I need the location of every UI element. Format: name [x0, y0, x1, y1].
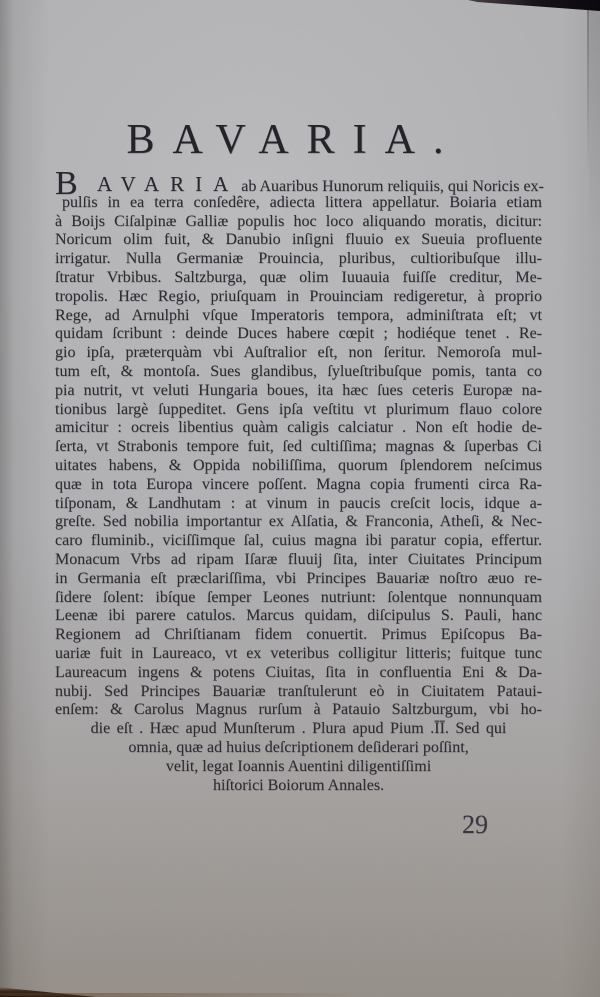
text-line: tiſponam, & Landhutam : at vinum in pauc… [55, 495, 542, 514]
text-line: nubij. Sed Principes Bauariæ tranſtuleru… [55, 683, 542, 702]
text-line: ſidere ſolent: ibíque ſemper Leones nutr… [55, 589, 542, 608]
text-line: die eſt . Hæc apud Munſterum . Plura apu… [55, 720, 542, 739]
text-line: Laureacum ingens & potens Ciuitas, ſita … [55, 664, 542, 683]
first-line-text: ab Auaribus Hunorum reliquiis, qui Noric… [241, 178, 544, 197]
text-block: B AVARIA ab Auaribus Hunorum reliquiis, … [55, 175, 542, 795]
text-line: Leenæ ibi parere catulos. Marcus quidam,… [55, 607, 542, 626]
text-line: irrigatur. Nulla Germaniæ Prouincia, plu… [55, 250, 542, 269]
end-lines: die eſt . Hæc apud Munſterum . Plura apu… [55, 720, 542, 795]
text-line: greſte. Sed nobilia importantur ex Alſat… [55, 513, 542, 532]
text-line: quidam ſcribunt : deinde Duces habere cœ… [55, 325, 542, 344]
text-line: à Boijs Ciſalpinæ Galliæ populis hoc loc… [55, 213, 542, 232]
book-photo: BAVARIA. B AVARIA ab Auaribus Hunorum re… [0, 0, 600, 997]
first-text-line: B AVARIA ab Auaribus Hunorum reliquiis, … [55, 175, 542, 194]
page-right-edge-shading [589, 6, 600, 236]
text-line: velit, legat Ioannis Auentini diligentiſ… [55, 758, 542, 777]
text-line: omnia, quæ ad huius deſcriptionem deſide… [55, 739, 542, 758]
page-number: 29 [462, 810, 488, 840]
text-line: Monacum Vrbs ad ripam Iſaræ fluuij ſita,… [55, 551, 542, 570]
text-line: tionibus largè ſuppeditet. Gens ipſa veſ… [55, 401, 542, 420]
text-line: amicitur : ocreis libentius quàm caligis… [55, 419, 542, 438]
text-line: Rege, ad Arnulphi vſque Imperatoris temp… [55, 307, 542, 326]
text-line: Regionem ad Chriſtianam fidem conuertit.… [55, 626, 542, 645]
text-line: tropolis. Hæc Regio, priuſquam in Prouin… [55, 288, 542, 307]
text-line: uitates habens, & Oppida nobiliſſima, qu… [55, 457, 542, 476]
page-title: BAVARIA. [30, 116, 540, 164]
first-word-caps: AVARIA [97, 175, 239, 194]
page-bottom-curl-shadow [0, 993, 390, 997]
text-line: caro fluminib., viciſſimque ſal, cuius m… [55, 532, 542, 551]
text-line: tum eſt, & montoſa. Sues glandibus, ſylu… [55, 363, 542, 382]
text-line: enſem: & Carolus Magnus rurſum à Patauio… [55, 701, 542, 720]
page-right-edge-line [587, 7, 589, 177]
body-lines: pulſis in ea terra conſedêre, adiecta li… [55, 194, 542, 720]
text-line: quæ in tota Europa vincere poſſent. Magn… [55, 476, 542, 495]
text-line: pia nutrit, vt veluti Hungaria boues, it… [55, 382, 542, 401]
text-line: ſtratur Vrbibus. Saltzburga, quæ olim Iu… [55, 269, 542, 288]
text-line: ſerta, vt Strabonis tempore fuit, ſed cu… [55, 438, 542, 457]
drop-cap-initial: B [55, 172, 78, 196]
text-line: hiſtorici Boiorum Annales. [55, 777, 542, 796]
text-line: in Germania eſt præclariſſima, vbi Princ… [55, 570, 542, 589]
book-page: BAVARIA. B AVARIA ab Auaribus Hunorum re… [0, 0, 600, 997]
text-line: Noricum olim fuit, & Danubio inſigni flu… [55, 231, 542, 250]
text-line: uariæ fuit in Laureaco, vt ex veteribus … [55, 645, 542, 664]
text-line: gio ipſa, præterquàm vbi Auſtralior eſt,… [55, 344, 542, 363]
